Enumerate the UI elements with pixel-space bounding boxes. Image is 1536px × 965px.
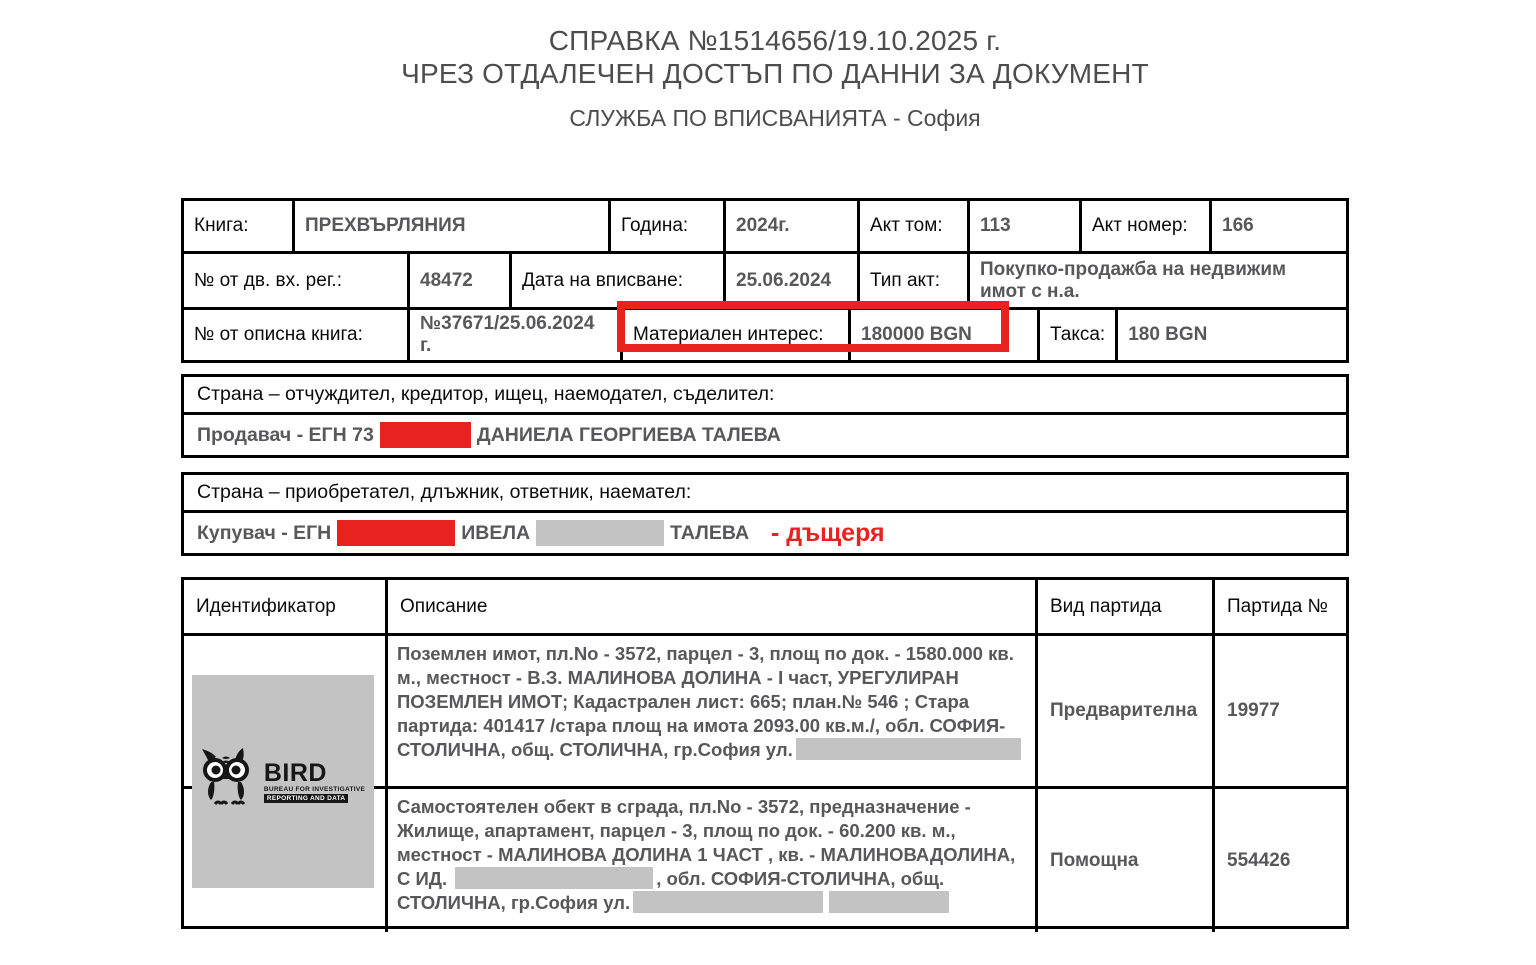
fee-label: Такса: <box>1040 310 1118 360</box>
bird-logo-subtext-1: BUREAU FOR INVESTIGATIVE <box>264 786 365 793</box>
property-table-header-row: Идентификатор Описание Вид партида Парти… <box>184 580 1346 636</box>
red-redaction-box <box>380 422 471 448</box>
fee-value: 180 BGN <box>1118 310 1346 360</box>
seller-party-section: Страна – отчуждител, кредитор, ищец, нае… <box>181 374 1349 458</box>
report-subtitle: ЧРЕЗ ОТДАЛЕЧЕН ДОСТЪП ПО ДАННИ ЗА ДОКУМЕ… <box>0 57 1536 90</box>
gray-redaction-box <box>633 891 823 913</box>
property-description: Поземлен имот, пл.No - 3572, парцел - 3,… <box>388 636 1038 786</box>
act-volume-label: Акт том: <box>860 201 970 251</box>
act-volume-value: 113 <box>970 201 1082 251</box>
table-row: Книга: ПРЕХВЪРЛЯНИЯ Година: 2024г. Акт т… <box>184 201 1346 254</box>
seller-party-value: Продавач - ЕГН 73ДАНИЕЛА ГЕОРГИЕВА ТАЛЕВ… <box>184 415 1346 455</box>
act-type-value: Покупко-продажба на недвижим имот с н.а. <box>970 254 1346 307</box>
seller-section-header: Страна – отчуждител, кредитор, ищец, нае… <box>184 377 1346 415</box>
act-number-value: 166 <box>1212 201 1346 251</box>
inventory-book-label: № от описна книга: <box>184 310 410 360</box>
gray-redaction-box <box>796 738 1021 760</box>
entry-date-label: Дата на вписване: <box>512 254 726 307</box>
buyer-section-header: Страна – приобретател, длъжник, ответник… <box>184 475 1346 513</box>
batch-number-column-header: Партида № <box>1215 580 1346 633</box>
gray-redaction-box <box>829 891 949 913</box>
document-info-table: Книга: ПРЕХВЪРЛЯНИЯ Година: 2024г. Акт т… <box>181 198 1349 363</box>
bird-logo-text: BIRD <box>264 761 365 785</box>
batch-number-value: 554426 <box>1215 789 1346 932</box>
material-interest-value: 180000 BGN <box>851 310 1040 360</box>
entry-date-value: 25.06.2024 <box>726 254 860 307</box>
year-label: Година: <box>611 201 726 251</box>
bird-watermark: BIRD BUREAU FOR INVESTIGATIVE REPORTING … <box>192 675 374 888</box>
text-segment: Купувач - ЕГН <box>197 522 331 545</box>
table-row: № от дв. вх. рег.: 48472 Дата на вписван… <box>184 254 1346 310</box>
inventory-book-value: №37671/25.06.2024 г. <box>410 310 623 360</box>
batch-type-value: Предварителна <box>1038 636 1215 786</box>
buyer-party-value: Купувач - ЕГНИВЕЛАТАЛЕВА- дъщеря <box>184 513 1346 553</box>
batch-type-value: Помощна <box>1038 789 1215 932</box>
text-segment: Продавач - ЕГН 73 <box>197 424 374 447</box>
year-value: 2024г. <box>726 201 860 251</box>
red-redaction-box <box>337 520 455 546</box>
report-title: СПРАВКА №1514656/19.10.2025 г. <box>0 24 1536 57</box>
batch-type-column-header: Вид партида <box>1038 580 1215 633</box>
text-segment: ТАЛЕВА <box>670 522 749 545</box>
owl-icon <box>201 748 259 815</box>
text-segment: ДАНИЕЛА ГЕОРГИЕВА ТАЛЕВА <box>477 424 781 447</box>
incoming-reg-label: № от дв. вх. рег.: <box>184 254 410 307</box>
gray-redaction-box <box>536 520 664 546</box>
incoming-reg-value: 48472 <box>410 254 512 307</box>
book-label: Книга: <box>184 201 295 251</box>
property-description: Самостоятелен обект в сграда, пл.No - 35… <box>388 789 1038 932</box>
text-segment: ИВЕЛА <box>461 522 530 545</box>
act-type-label: Тип акт: <box>860 254 970 307</box>
gray-redaction-box <box>455 867 653 889</box>
description-column-header: Описание <box>388 580 1038 633</box>
identifier-column-header: Идентификатор <box>184 580 388 633</box>
batch-number-value: 19977 <box>1215 636 1346 786</box>
registry-office: СЛУЖБА ПО ВПИСВАНИЯТА - София <box>0 105 1536 131</box>
table-row: № от описна книга: №37671/25.06.2024 г. … <box>184 310 1346 360</box>
act-number-label: Акт номер: <box>1082 201 1212 251</box>
material-interest-label: Материален интерес: <box>623 310 851 360</box>
relationship-note: - дъщеря <box>771 519 885 548</box>
bird-logo-subtext-2: REPORTING AND DATA <box>264 794 349 803</box>
title-block: СПРАВКА №1514656/19.10.2025 г. ЧРЕЗ ОТДА… <box>0 24 1536 131</box>
book-value: ПРЕХВЪРЛЯНИЯ <box>295 201 611 251</box>
buyer-party-section: Страна – приобретател, длъжник, ответник… <box>181 472 1349 556</box>
registry-report-page: СПРАВКА №1514656/19.10.2025 г. ЧРЕЗ ОТДА… <box>0 0 1536 965</box>
